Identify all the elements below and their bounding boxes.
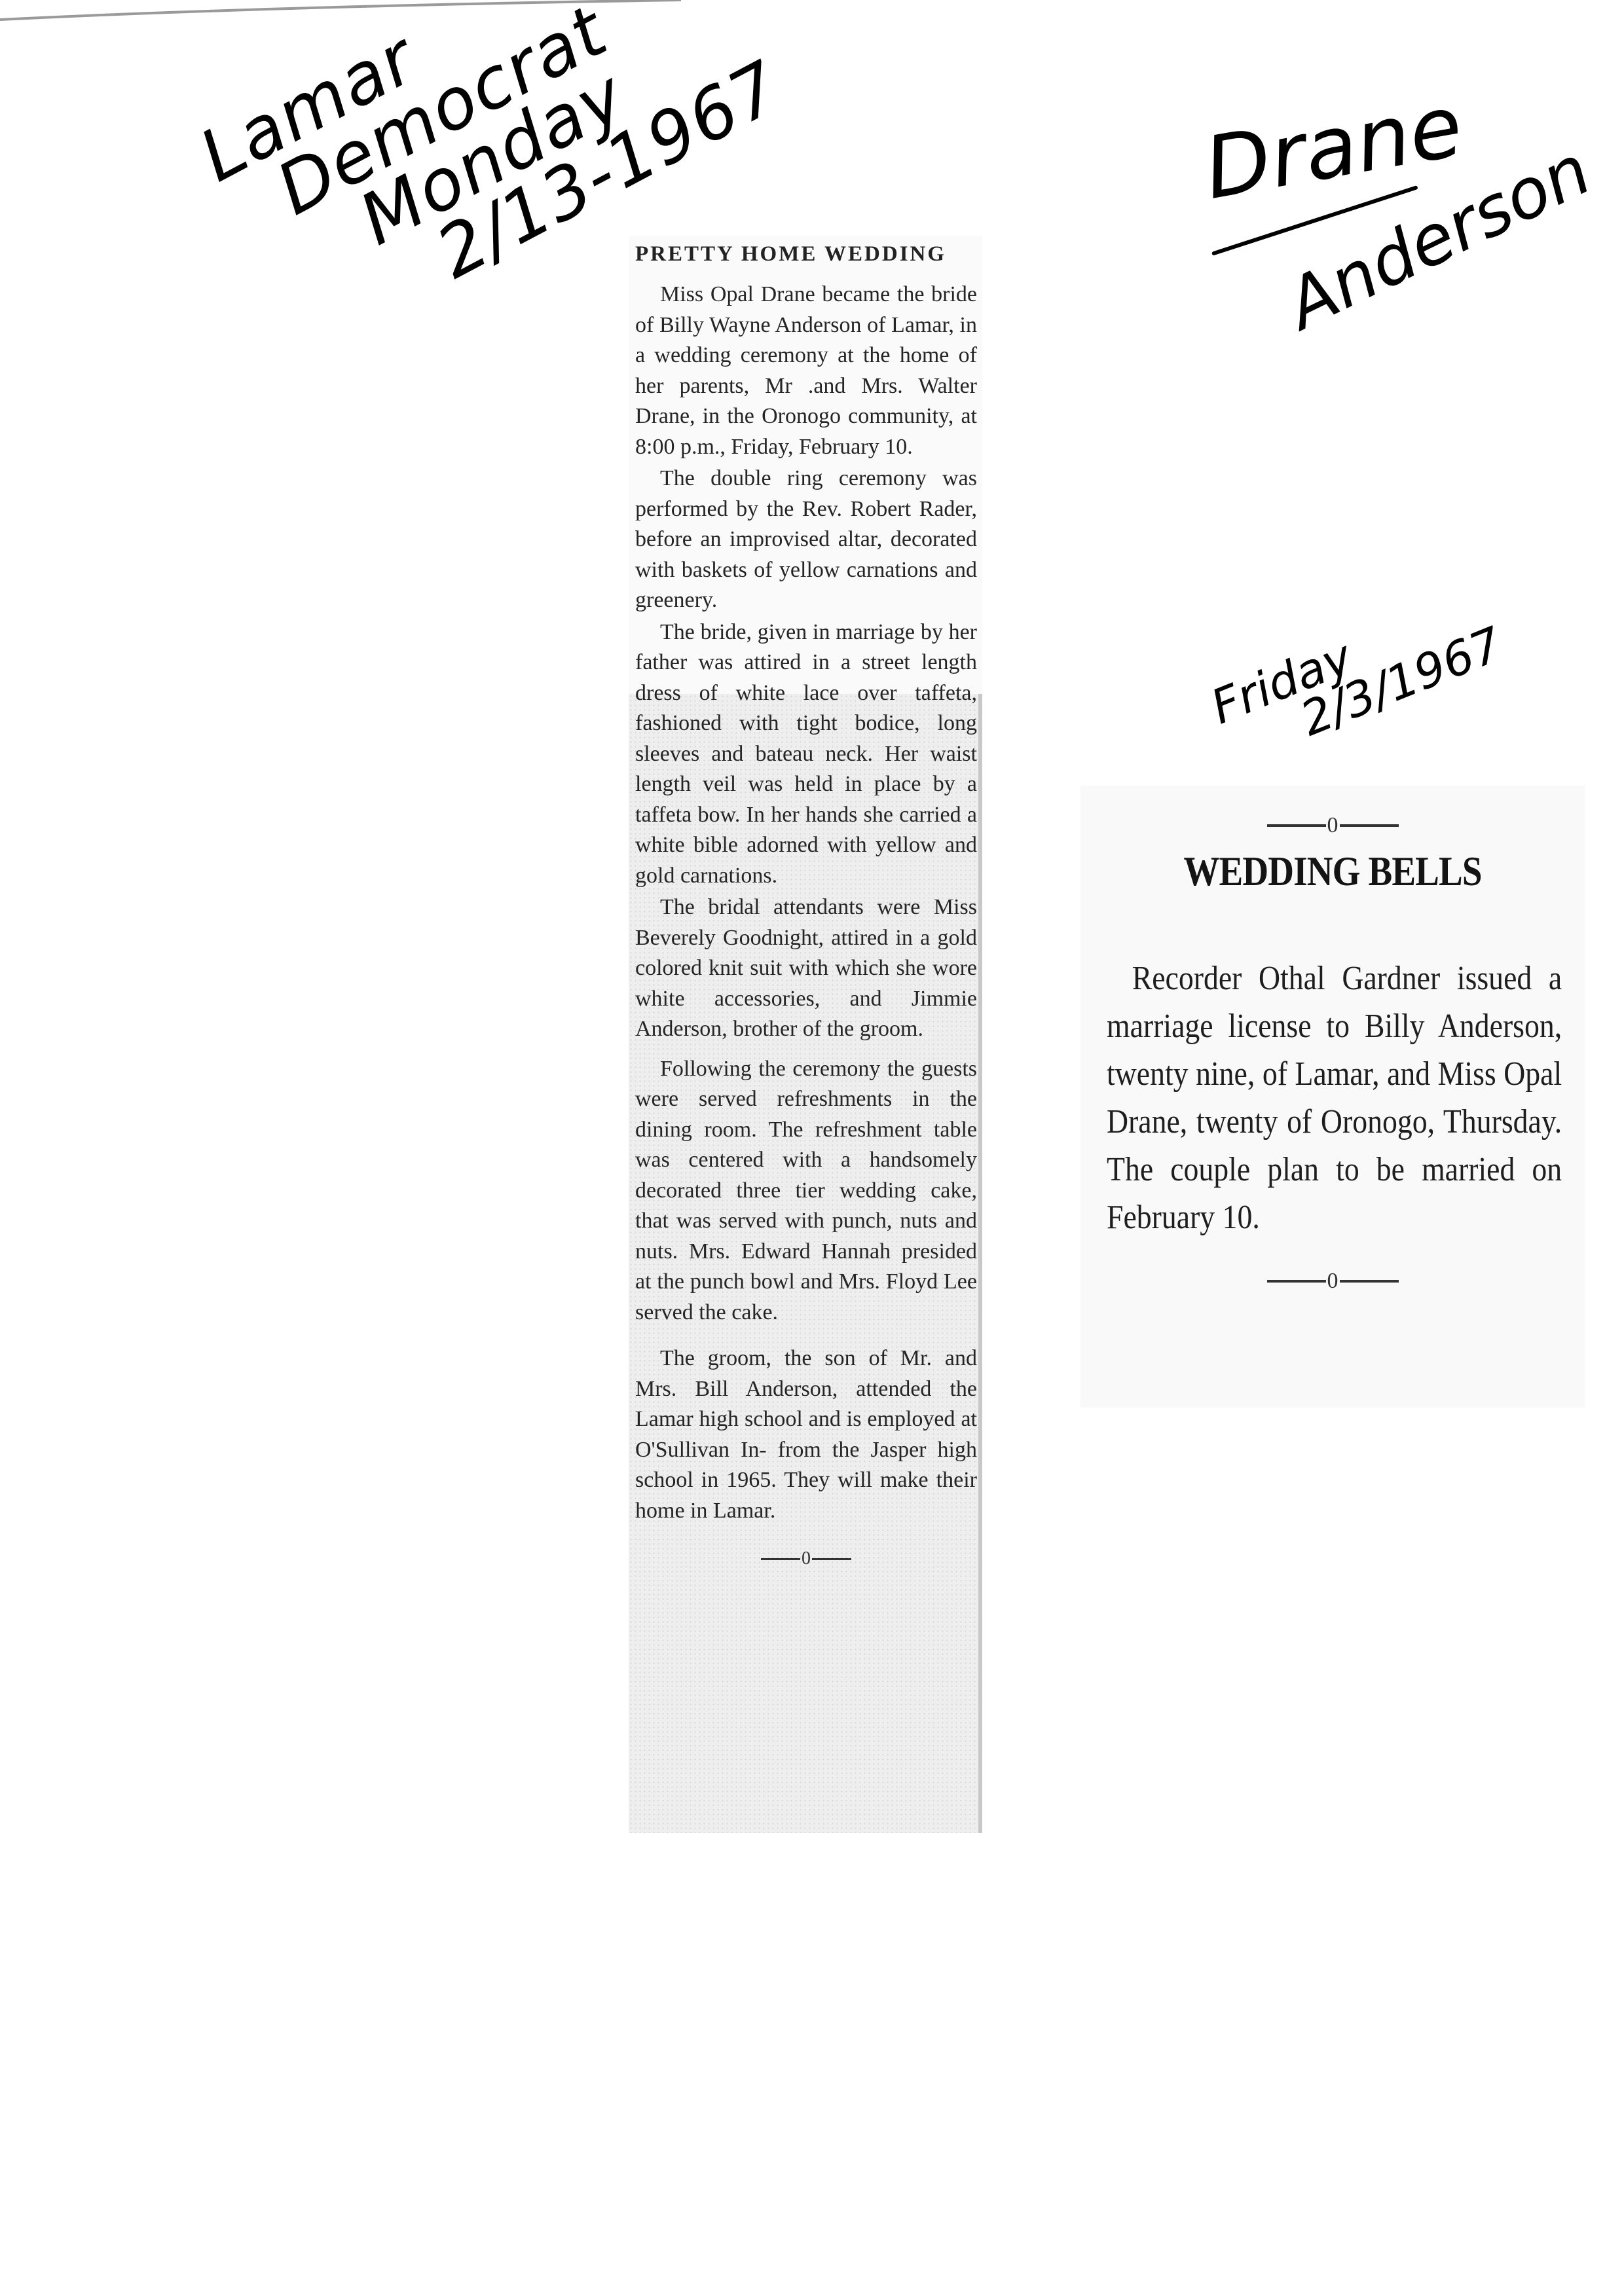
notice-paragraph: Recorder Othal Gardner issued a marriage… [1107, 955, 1562, 1241]
scan-edge-line [0, 0, 1624, 26]
marriage-license-clipping: 0 WEDDING BELLS Recorder Othal Gardner i… [1080, 786, 1585, 1408]
article-paragraph: The double ring ceremony was performed b… [635, 464, 977, 616]
article-paragraph: The bride, given in marriage by her fath… [635, 617, 977, 892]
notice-bottom-ornament: 0 [1080, 1267, 1585, 1294]
notice-headline: WEDDING BELLS [1116, 847, 1549, 896]
handwritten-notice-date: Friday 2/3/1967 [1205, 579, 1509, 773]
article-paragraph: The bridal attendants were Miss Beverely… [635, 892, 977, 1045]
article-paragraph: Miss Opal Drane became the bride of Bill… [635, 280, 977, 462]
article-body: Miss Opal Drane became the bride of Bill… [629, 266, 982, 1575]
surname-bride: Drane [1198, 82, 1468, 211]
article-paragraph: Following the ceremony the guests were s… [635, 1054, 977, 1328]
wedding-article-clipping: PRETTY HOME WEDDING Miss Opal Drane beca… [629, 236, 982, 1833]
article-headline: PRETTY HOME WEDDING [629, 236, 982, 266]
notice-body: Recorder Othal Gardner issued a marriage… [1107, 955, 1562, 1241]
article-paragraph: The groom, the son of Mr. and Mrs. Bill … [635, 1343, 977, 1526]
article-end-ornament: 0 [635, 1543, 977, 1575]
notice-top-ornament: 0 [1080, 812, 1585, 838]
